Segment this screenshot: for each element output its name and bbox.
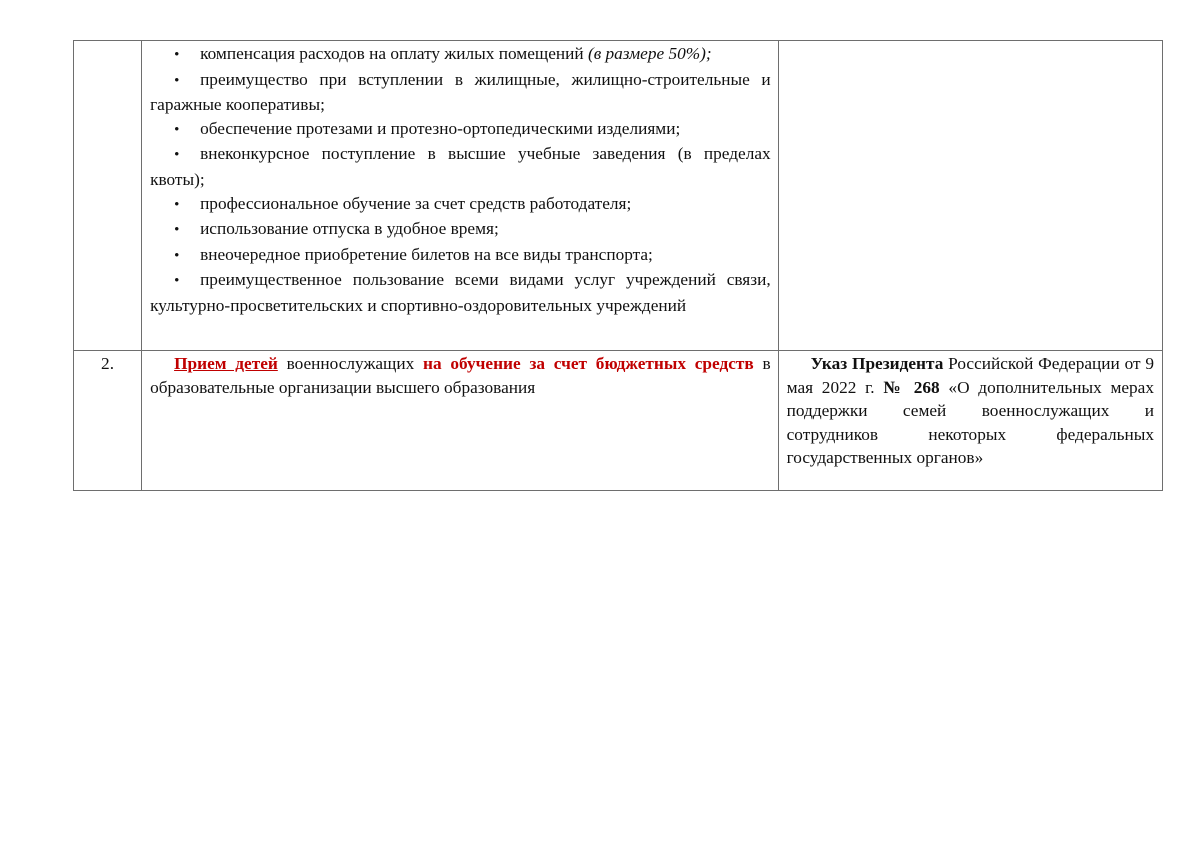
benefits-cell: •компенсация расходов на оплату жилых по… <box>142 41 779 351</box>
benefit-text: внеконкурсное поступление в высшие учебн… <box>150 144 771 189</box>
benefit-item: •внеочередное приобретение билетов на вс… <box>150 243 771 269</box>
benefit-text: преимущество при вступлении в жилищные, … <box>150 70 771 115</box>
decree-number: № 268 <box>883 378 939 397</box>
benefit-item: •профессиональное обучение за счет средс… <box>150 192 771 218</box>
benefit-text: обеспечение протезами и протезно-ортопед… <box>200 119 680 138</box>
benefit-item: •обеспечение протезами и протезно-ортопе… <box>150 117 771 143</box>
benefits-list: •компенсация расходов на оплату жилых по… <box>142 41 778 318</box>
basis-text <box>779 41 1162 42</box>
benefit-item: •преимущество при вступлении в жилищные,… <box>150 68 771 117</box>
benefit-item: •преимущественное пользование всеми вида… <box>150 268 771 317</box>
benefit-text: преимущественное пользование всеми видам… <box>150 270 771 315</box>
description-part: военнослужащих <box>278 354 423 373</box>
benefit-item: •использование отпуска в удобное время; <box>150 217 771 243</box>
basis-cell <box>778 41 1162 351</box>
row-number: 2. <box>74 351 141 376</box>
legal-basis-text: Указ Президента Российской Федерации от … <box>787 352 1154 470</box>
benefit-item: •компенсация расходов на оплату жилых по… <box>150 42 771 68</box>
bullet-icon: • <box>174 70 200 94</box>
highlight-budget-funding: на обучение за счет бюджетных средств <box>423 354 754 373</box>
description-text: Прием детей военнослужащих на обучение з… <box>150 352 771 399</box>
bullet-icon: • <box>174 119 200 143</box>
row-number-cell <box>74 41 142 351</box>
bullet-icon: • <box>174 44 200 68</box>
benefit-item: •внеконкурсное поступление в высшие учеб… <box>150 142 771 191</box>
basis-cell: Указ Президента Российской Федерации от … <box>778 351 1162 491</box>
benefit-text: внеочередное приобретение билетов на все… <box>200 245 653 264</box>
decree-title: Указ Президента <box>811 354 944 373</box>
bullet-icon: • <box>174 194 200 218</box>
bullet-icon: • <box>174 219 200 243</box>
bullet-icon: • <box>174 245 200 269</box>
bullet-icon: • <box>174 270 200 294</box>
benefit-text: использование отпуска в удобное время; <box>200 219 499 238</box>
table-row: •компенсация расходов на оплату жилых по… <box>74 41 1163 351</box>
benefit-text: профессиональное обучение за счет средст… <box>200 194 631 213</box>
benefits-table: •компенсация расходов на оплату жилых по… <box>73 40 1163 491</box>
benefit-text: компенсация расходов на оплату жилых пом… <box>200 44 588 63</box>
bullet-icon: • <box>174 144 200 168</box>
row-number-cell: 2. <box>74 351 142 491</box>
table-row: 2. Прием детей военнослужащих на обучени… <box>74 351 1163 491</box>
highlight-admission-children: Прием детей <box>174 354 278 373</box>
row-number <box>74 41 141 42</box>
benefit-note: (в размере 50%); <box>588 44 712 63</box>
description-cell: Прием детей военнослужащих на обучение з… <box>142 351 779 491</box>
